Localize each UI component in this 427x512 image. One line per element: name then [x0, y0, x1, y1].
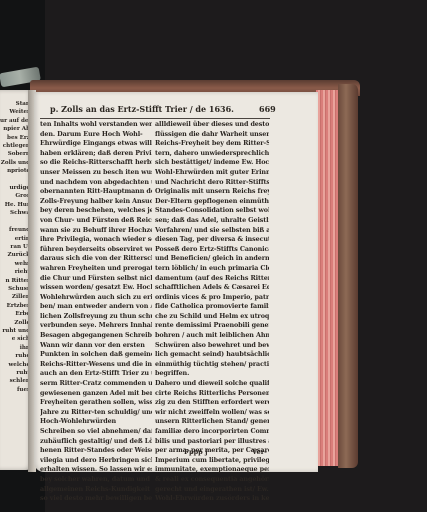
text-line: fide Catholica promovierte familien, wel… [155, 302, 269, 312]
text-fragment: ruht [0, 369, 30, 377]
text-line: Freyheiten gerathen sollen, wisser M- [40, 398, 152, 408]
text-line: und nachdem von abgedachten unsern [40, 178, 152, 188]
text-fragment: urdige [0, 184, 30, 192]
text-line: zig zu den Stifften erfordert werden/ [155, 398, 269, 408]
text-line: Zolls-Freyung halber kein Ansuchung [40, 197, 152, 207]
text-fragment: Weiter [0, 108, 30, 116]
text-fragment [0, 218, 30, 226]
text-line: so viel desto mehr bewilligen beruhen. [40, 494, 152, 504]
catchword: Ver- [252, 448, 267, 456]
text-line: serm Ritter-Cratz commenden und [40, 379, 152, 389]
text-line: Ehrwürdige Eingangs etwas willen sich [40, 139, 152, 149]
text-fragment: ur auf des [0, 117, 30, 125]
text-fragment: Zolle [0, 319, 30, 327]
text-line: Wohl-Ehrwürden mit guter Erinnerung [155, 168, 269, 178]
text-fragment: Zillen [0, 293, 30, 301]
text-line: rente demissimi Praenobili genere ge- [155, 321, 269, 331]
text-fragment: freund [0, 226, 30, 234]
text-line: sen; daß das Adel, uhralte Geistliche [155, 216, 269, 226]
text-line: Imperium cum libertate, privilegio, [155, 456, 269, 466]
text-line: Reichs-Freyheit bey dem Ritter-Stif- [155, 139, 269, 149]
text-fragment: npier Ab [0, 125, 30, 133]
text-line: ordinis vices & pro Imperio, patria & [155, 293, 269, 303]
text-fragment: Sobern [0, 150, 30, 158]
text-line: führen beyderseits observiret worden/ [40, 245, 152, 255]
text-line: Schwüren also bewehret und bewerst- [155, 341, 269, 351]
text-line: gewiesenen ganzen Adel mit benachbarden [40, 389, 152, 399]
text-line: henen Ritter-Standes oder Weise Pri- [40, 446, 152, 456]
text-fragment [0, 176, 30, 184]
text-fragment: rieht [0, 268, 30, 276]
text-fragment: Ertzber [0, 302, 30, 310]
text-fragment: Zolls und [0, 159, 30, 167]
left-page-text-fragments: StanWeiterur auf desnpier Abbes Erzchtle… [0, 100, 30, 394]
text-line: Vorfahren/ und sie selbsten biß auf [155, 226, 269, 236]
text-column-left: ten Inhalts wohl verstanden wer-den. Dar… [40, 120, 152, 504]
text-fragment: chtlegen [0, 142, 30, 150]
text-line: Besagen abgegangenen Schreibens. [40, 331, 152, 341]
text-line: Wohl-Ehrwürden zusörders in kein [155, 494, 269, 504]
text-line: Wohlehrwürden auch sich zu erinner- [40, 293, 152, 303]
text-line: einmüthig tüchtig stehen/ practiciren un… [155, 360, 269, 370]
text-line: cirte Reichs Ritterlichs Personen ein- [155, 389, 269, 399]
text-line: bohren / auch mit leiblichen Ahns- [155, 331, 269, 341]
text-line: sich bestättiget/ indeme Ew. Hoch- [155, 158, 269, 168]
text-fragment: npriote [0, 167, 30, 175]
text-fragment: Schwa [0, 209, 30, 217]
text-line: haben erklären; daß deren Privilegia, [40, 149, 152, 159]
text-line: gerecht und eingerathen ist/ Ew. Hoch- [155, 485, 269, 495]
text-line: ben/ man entweder andern von Ade- [40, 302, 152, 312]
text-fragment: Schuss [0, 285, 30, 293]
text-line: den. Darum Eure Hoch Wohl- [40, 130, 152, 140]
text-line: flüssigen die dahr Warheit unserer [155, 130, 269, 140]
text-line: von Chur- und Fürsten deß Reichs/ [40, 216, 152, 226]
book-cover-spine-edge [338, 84, 358, 468]
text-line: damentum (auf des Reichs Ritter- [155, 274, 269, 284]
text-fragment: ran Ul [0, 243, 30, 251]
text-line: che zu Schild und Helm ex utroque pa- [155, 312, 269, 322]
text-fragment: e sich [0, 335, 30, 343]
text-fragment: welche [0, 361, 30, 369]
text-line: bilis und pastoriari per illustres avos, [155, 437, 269, 447]
text-line: obernannten Ritt-Hauptmann der [40, 187, 152, 197]
running-header: p. Zolls an das Ertz-Stifft Trier / de 1… [50, 104, 270, 114]
text-line: Der-Eltern gepflogenen einmüthigen [155, 197, 269, 207]
text-line: bey deren beschehen, welches jedennoch [40, 206, 152, 216]
text-line: Hoch-Wohlehrwürden [40, 417, 152, 427]
text-line: wann sie zu Behuff ihrer Hochzeitung [40, 226, 152, 236]
text-line: so die Reichs-Ritterschafft herbracht, [40, 158, 152, 168]
text-line: vilegia und dero Herbringen sich wohl [40, 456, 152, 466]
text-fragment: He. Hus [0, 201, 30, 209]
text-fragment: Stan [0, 100, 30, 108]
text-fragment: wehr [0, 260, 30, 268]
text-line: wissen worden/ gesatzt Ew. Hoch- [40, 283, 152, 293]
text-line: und Nachricht dero Ritter-Stiffts [155, 178, 269, 188]
text-fragment: bes Erz [0, 134, 30, 142]
text-line: Standes-Consolidation selbst wohl wis- [155, 206, 269, 216]
text-line: daraus sich die von der Ritterschafft [40, 254, 152, 264]
text-line: unsern Ritterlichen Stand/ generosæ [155, 417, 269, 427]
text-fragment: Erbe [0, 310, 30, 318]
text-line: Jahre zu Ritter-ten schuldig/ und ab- [40, 408, 152, 418]
text-line: familiæ dero incorporirten Commenda- [155, 427, 269, 437]
text-line: tern, dahero unwiedersprechlich zu mehr [155, 149, 269, 159]
text-line: verbunden seye. Mehrers Innhalts [40, 321, 152, 331]
text-line: schafftlichen Adels & Cæsarei Equestris [155, 283, 269, 293]
text-fragment: ruhe [0, 352, 30, 360]
text-line: & reali ex consequentia angehörig/auf- [155, 475, 269, 485]
text-line: unser Meissen zu besch iten wussen/ [40, 168, 152, 178]
text-fragment: Zurück [0, 251, 30, 259]
text-line: Wann wir dann vor den ersten [40, 341, 152, 351]
text-line: Reichs-Ritter-Wesens und die in- [40, 360, 152, 370]
text-column-right: allldieweil über dieses und desto über-f… [155, 120, 269, 504]
text-line: allldieweil über dieses und desto über- [155, 120, 269, 130]
text-line: wahren Freyheiten und prerogativen/ [40, 264, 152, 274]
text-line: lich gemacht seind) haubtsächlichen selb… [155, 350, 269, 360]
text-line: und Beneficien/ gleich in andern Stiff- [155, 254, 269, 264]
text-line: erhalten wissen. So lassen wir es [40, 465, 152, 475]
text-line: diesen Tag, per diversa & insecuta beii [155, 235, 269, 245]
text-line: ten Inhalts wohl verstanden wer- [40, 120, 152, 130]
text-fragment: schlen [0, 377, 30, 385]
text-line: wir nicht zweiffeln wollen/ was solchem [155, 408, 269, 418]
text-line: zuhäuflich gestaltig/ und deß Löbl. [40, 437, 152, 447]
text-line: auch an den Ertz-Stifft Trier zu un- [40, 369, 152, 379]
text-line: die Chur und Fürsten selbst nicht ent- [40, 274, 152, 284]
text-fragment: ruht und [0, 327, 30, 335]
text-line: tern löblich/ in euch primaria Cleri fun… [155, 264, 269, 274]
text-line: Posseß dero Ertz-Stiffts Canonicaten [155, 245, 269, 255]
text-line: begriffen. [155, 369, 269, 379]
text-line: Schreiben so viel abnehmen/ daß sie [40, 427, 152, 437]
text-line: lichen Zollsfreyung zu thun schuldig und [40, 312, 152, 322]
text-line: Dahero und dieweil solche qualifi- [155, 379, 269, 389]
red-page-edges [316, 90, 338, 466]
text-line: ihre Privilegia, wonach wieder solches l… [40, 235, 152, 245]
text-fragment: Gros [0, 192, 30, 200]
text-fragment: ihn [0, 344, 30, 352]
header-rule [40, 118, 270, 119]
text-line: Originalis mit unsern Reichs freyen [155, 187, 269, 197]
text-fragment: n Ritter [0, 277, 30, 285]
text-line: bey solcher wahren, datum und [40, 475, 152, 485]
signature-mark: Pppp j [184, 448, 207, 456]
text-line: immunitate, exemptionaeque personali [155, 465, 269, 475]
text-fragment: fuer [0, 386, 30, 394]
text-fragment: ertin [0, 235, 30, 243]
text-line: Punkten in solchen daß gemeine freye [40, 350, 152, 360]
page-number: 669 [259, 104, 276, 114]
text-line: allgemeinen Reichs-Kundigkeit um [40, 485, 152, 495]
